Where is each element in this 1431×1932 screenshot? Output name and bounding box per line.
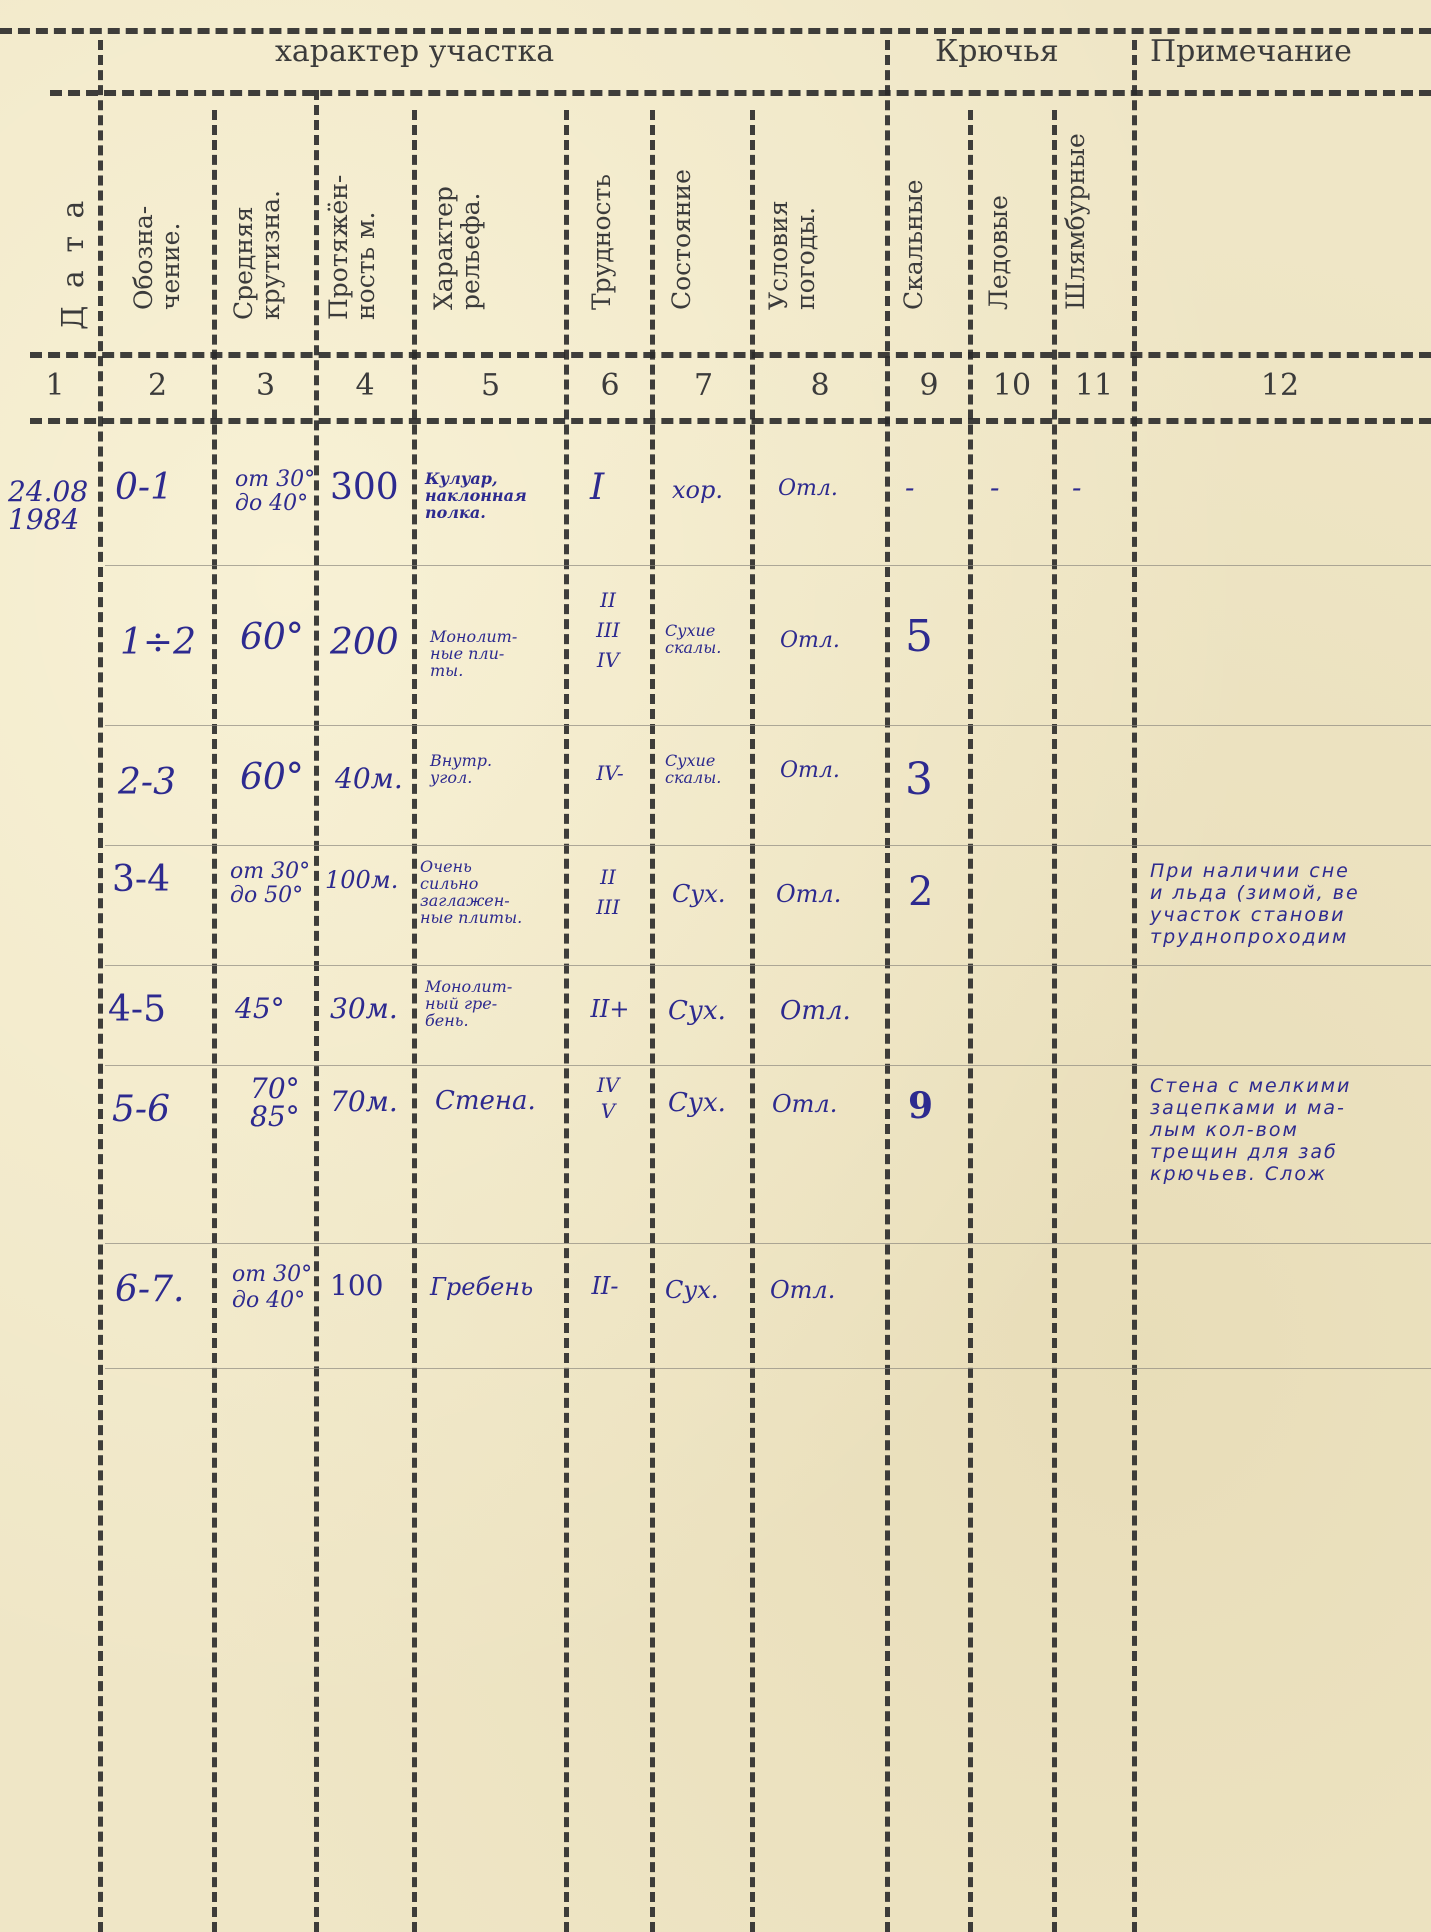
row-separator	[105, 1368, 1431, 1369]
cell-difficulty: I	[590, 470, 604, 506]
cell-length: 100м.	[325, 868, 398, 892]
cell-bolt-hooks: -	[1072, 474, 1081, 502]
header-date: Д а т а	[60, 197, 87, 330]
cell-difficulty: II III	[588, 862, 628, 922]
cell-relief: Внутр. угол.	[430, 752, 492, 786]
cell-note: Стена с мелкими зацепками и ма- лым кол-…	[1150, 1075, 1351, 1185]
col-divider-2	[212, 110, 217, 1932]
cell-designation: 4-5	[108, 992, 166, 1028]
row-separator	[105, 845, 1431, 846]
cell-steepness: от 30° до 40°	[232, 1262, 312, 1314]
col-divider-11	[1132, 40, 1137, 1932]
cell-weather: Отл.	[772, 1092, 837, 1116]
cell-ice-hooks: -	[990, 474, 999, 502]
cell-steepness: 60°	[240, 620, 304, 656]
group-title-section: характер участка	[275, 34, 554, 69]
col-num-6: 6	[570, 368, 650, 403]
header-length: Протяжён- ность м.	[325, 175, 379, 320]
cell-steepness: 45°	[235, 995, 285, 1023]
cell-note: При наличии сне и льда (зимой, ве участо…	[1150, 860, 1360, 948]
row-separator	[105, 965, 1431, 966]
cell-condition: Сухие скалы.	[665, 622, 721, 656]
col-num-12: 12	[1180, 368, 1380, 403]
group-title-notes: Примечание	[1150, 34, 1352, 69]
cell-difficulty: II+	[580, 998, 640, 1020]
cell-difficulty: IV V	[590, 1072, 626, 1124]
cell-weather: Отл.	[770, 1278, 835, 1302]
cell-rock-hooks: 2	[908, 872, 933, 912]
cell-length: 300	[330, 470, 399, 506]
cell-steepness: от 30° до 50°	[230, 860, 310, 908]
col-divider-4	[412, 110, 417, 1932]
cell-condition: Сух.	[672, 882, 725, 906]
row-separator	[105, 1243, 1431, 1244]
cell-date: 24.08 1984	[8, 478, 88, 534]
col-num-5: 5	[418, 368, 563, 403]
cell-relief: Кулуар, наклонная полка.	[425, 470, 527, 521]
cell-condition: Сух.	[668, 998, 726, 1024]
cell-designation: 2-3	[118, 765, 176, 801]
cell-weather: Отл.	[780, 998, 851, 1024]
group-header-border	[50, 90, 1431, 96]
cell-length: 70м.	[330, 1088, 398, 1116]
cell-relief: Очень сильно заглажен- ные плиты.	[420, 858, 522, 926]
cell-steepness: от 30° до 40°	[235, 468, 315, 516]
group-title-hooks: Крючья	[935, 34, 1059, 69]
cell-difficulty: IV-	[580, 762, 640, 784]
cell-condition: хор.	[672, 478, 723, 502]
col-num-7: 7	[656, 368, 751, 403]
col-num-4: 4	[320, 368, 410, 403]
cell-difficulty: II III IV	[590, 585, 626, 675]
cell-difficulty: II-	[575, 1275, 635, 1297]
header-ice-hooks: Ледовые	[985, 195, 1012, 310]
cell-designation: 1÷2	[120, 625, 196, 661]
cell-weather: Отл.	[776, 882, 841, 906]
cell-rock-hooks: -	[905, 474, 914, 502]
header-condition: Состояние	[668, 169, 695, 310]
col-num-1: 1	[20, 368, 90, 403]
col-num-11: 11	[1055, 368, 1133, 403]
column-header-border	[30, 352, 1431, 358]
cell-steepness: 70° 85°	[250, 1075, 300, 1131]
col-divider-6	[650, 110, 655, 1932]
cell-designation: 6-7.	[115, 1272, 184, 1308]
cell-condition: Сух.	[665, 1278, 718, 1302]
col-num-10: 10	[972, 368, 1052, 403]
number-row-border	[30, 418, 1431, 424]
cell-condition: Сухие скалы.	[665, 752, 721, 786]
header-steepness: Средняя крутизна.	[230, 190, 284, 320]
cell-length: 100	[330, 1272, 383, 1300]
header-bolt-hooks: Шлямбурные	[1062, 133, 1089, 310]
cell-rock-hooks: 3	[905, 758, 933, 802]
cell-relief: Гребень	[430, 1275, 533, 1299]
row-separator	[105, 565, 1431, 566]
row-separator	[105, 1065, 1431, 1066]
cell-rock-hooks: 5	[905, 615, 933, 659]
cell-length: 40м.	[335, 765, 403, 793]
cell-steepness: 60°	[240, 760, 304, 796]
cell-relief: Стена.	[435, 1088, 536, 1114]
cell-rock-hooks: 9	[908, 1088, 933, 1124]
col-divider-1	[98, 40, 103, 1932]
cell-relief: Монолит- ный гре- бень.	[425, 978, 512, 1029]
col-num-3: 3	[218, 368, 313, 403]
col-num-2: 2	[105, 368, 210, 403]
header-rock-hooks: Скальные	[900, 179, 927, 310]
cell-designation: 3-4	[112, 862, 170, 898]
cell-relief: Монолит- ные пли- ты.	[430, 628, 517, 679]
header-relief: Характер рельефа.	[430, 186, 484, 310]
cell-length: 200	[330, 625, 399, 661]
cell-designation: 0-1	[115, 470, 173, 506]
cell-condition: Сух.	[668, 1090, 726, 1116]
cell-length: 30м.	[330, 995, 398, 1023]
col-divider-5	[564, 110, 569, 1932]
header-designation: Обозна- чение.	[130, 206, 184, 310]
row-separator	[105, 725, 1431, 726]
header-weather: Условия погоды.	[765, 200, 819, 310]
cell-designation: 5-6	[112, 1092, 170, 1128]
cell-weather: Отл.	[780, 630, 840, 652]
route-description-form: характер участка Крючья Примечание Д а т…	[0, 0, 1431, 1932]
cell-weather: Отл.	[780, 760, 840, 782]
header-difficulty: Трудность	[588, 174, 615, 310]
cell-weather: Отл.	[778, 478, 838, 500]
col-num-9: 9	[890, 368, 968, 403]
col-divider-8	[885, 40, 890, 1932]
col-divider-3	[314, 90, 319, 1932]
col-num-8: 8	[756, 368, 884, 403]
